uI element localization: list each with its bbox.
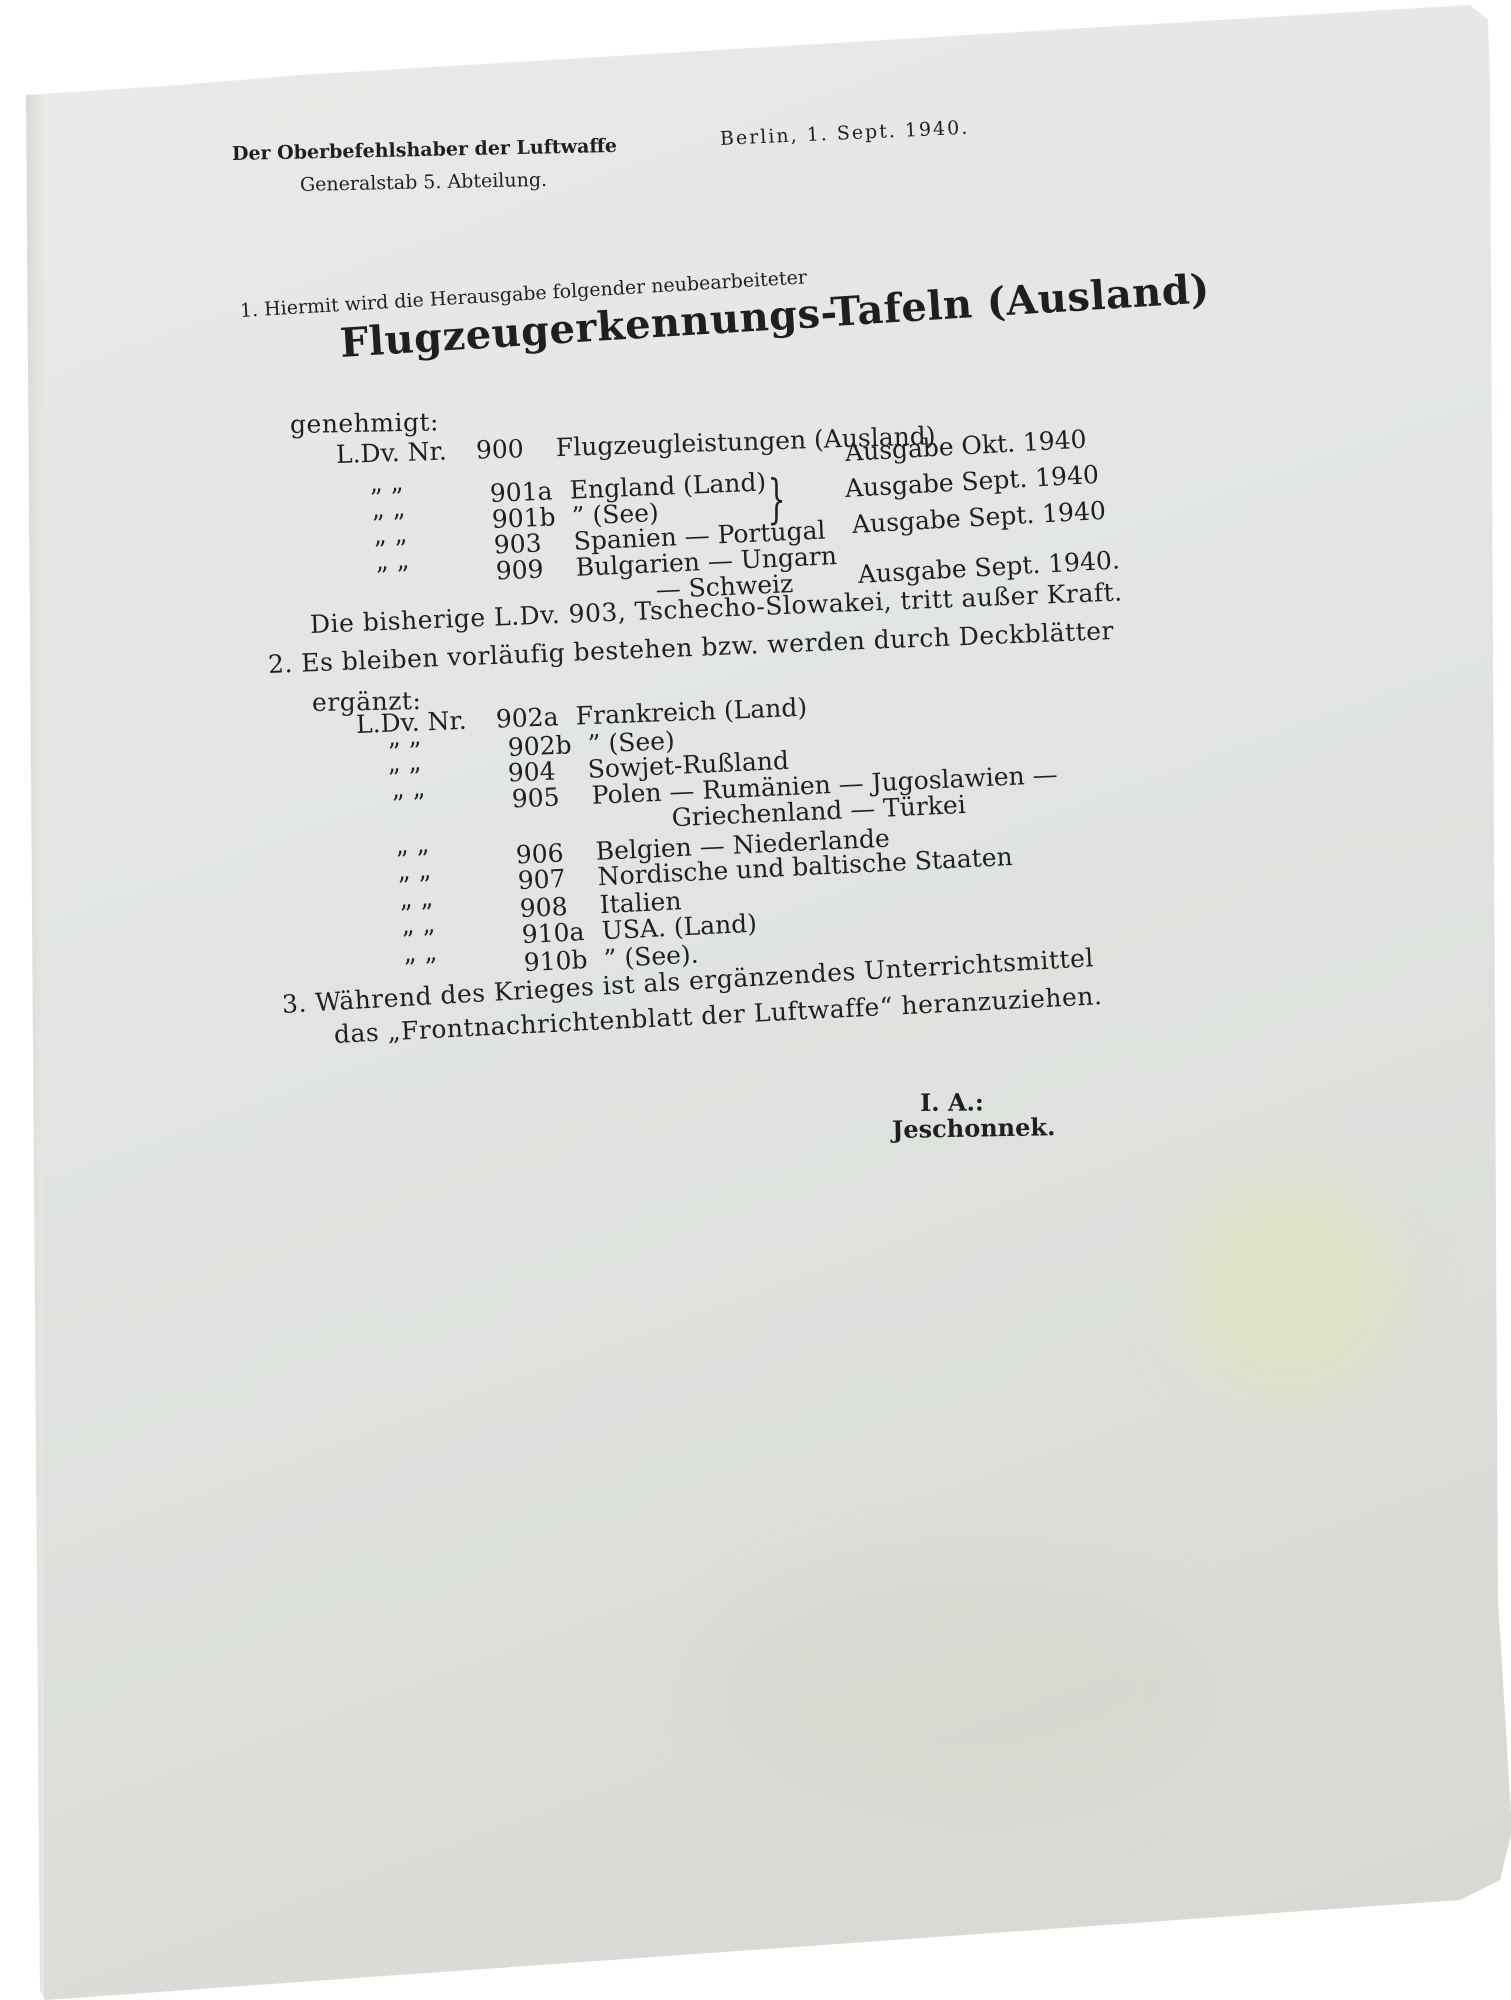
item-issue: Ausgabe Sept. 1940	[844, 460, 1099, 503]
brace-glyph: }	[767, 470, 785, 530]
item-number: 902a	[495, 702, 576, 734]
place-and-date: Berlin, 1. Sept. 1940.	[720, 117, 970, 150]
item-number: 900	[475, 433, 556, 464]
document-content: Der Oberbefehlshaber der Luftwaffe Berli…	[0, 0, 1511, 2000]
issuing-authority: Der Oberbefehlshaber der Luftwaffe	[232, 135, 617, 165]
item-title: England (Land)	[569, 467, 766, 504]
signature-name: Jeschonnek.	[892, 1112, 1056, 1144]
section-number: 3.	[281, 989, 307, 1019]
section-number: 2.	[267, 649, 293, 679]
item-number	[592, 826, 672, 830]
section-number: 1.	[239, 299, 258, 322]
item-title: Frankreich (Land)	[575, 693, 807, 731]
item-issue: Ausgabe Sept. 1940	[851, 496, 1106, 539]
item-prefix: L.Dv. Nr.	[336, 436, 477, 469]
department: Generalstab 5. Abteilung.	[300, 169, 547, 196]
approved-label: genehmigt:	[290, 407, 439, 439]
